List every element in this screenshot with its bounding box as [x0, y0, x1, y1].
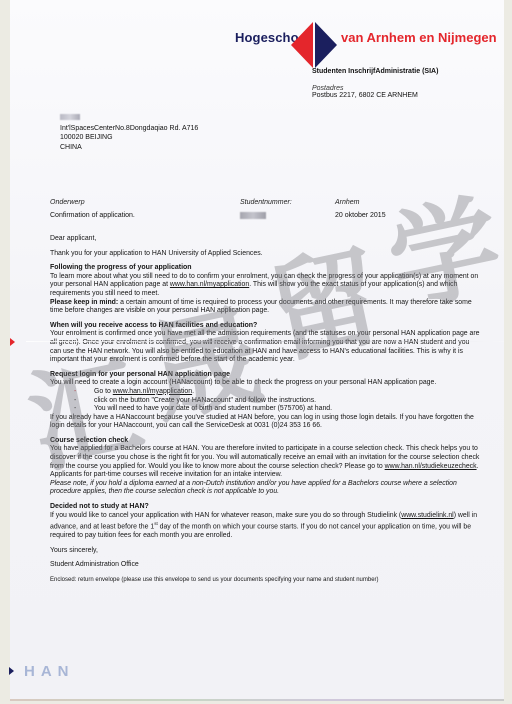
section-access: When will you receive access to HAN faci…: [50, 322, 480, 365]
subject-value: Confirmation of application.: [50, 212, 135, 219]
section-login: Request login for your personal HAN appl…: [50, 371, 480, 431]
step-text: Go to: [94, 388, 113, 395]
place-label: Arnhem: [335, 199, 386, 206]
subject-block: Onderwerp Confirmation of application.: [50, 199, 135, 219]
fold-mark-icon: [10, 338, 15, 346]
date-block: Arnhem 20 oktober 2015: [335, 199, 386, 219]
studiekeuzecheck-link[interactable]: www.han.nl/studiekeuzecheck: [385, 463, 477, 470]
note-text: Please note, if you hold a diploma earne…: [50, 480, 457, 496]
letter-body: Dear applicant, Thank you for your appli…: [50, 235, 480, 590]
redacted-student-number: [240, 212, 266, 219]
enclosed-note: Enclosed: return envelope (please use th…: [50, 576, 480, 585]
redacted-recipient-name: [60, 114, 80, 120]
closing: Yours sincerely,: [50, 547, 480, 556]
sender-block: Studenten InschrijfAdministratie (SIA) P…: [312, 68, 438, 99]
address-line: 100020 BEIJING: [60, 133, 198, 143]
letter-page: Hogeschool van Arnhem en Nijmegen Studen…: [10, 0, 504, 699]
student-number-block: Studentnummer:: [240, 199, 292, 221]
logo-text-arnhem-nijmegen: van Arnhem en Nijmegen: [341, 30, 497, 45]
step-text: click on the button "Create your HANacco…: [94, 397, 316, 404]
section-cancel: Decided not to study at HAN? If you woul…: [50, 503, 480, 541]
address-line: CHINA: [60, 143, 198, 153]
section-heading: Following the progress of your applicati…: [50, 264, 480, 273]
studielink-link[interactable]: www.studielink.nl: [401, 512, 453, 519]
signature: Student Administration Office: [50, 561, 480, 570]
paragraph-text: If you already have a HANaccount because…: [50, 414, 474, 430]
section-heading: Request login for your personal HAN appl…: [50, 371, 480, 380]
section-heading: Course selection check: [50, 437, 480, 446]
step-text: You will need to have your date of birth…: [94, 405, 332, 412]
list-item: Go to www.han.nl/myapplication.: [74, 388, 480, 397]
list-item: You will need to have your date of birth…: [74, 405, 480, 414]
postal-address: Postbus 2217, 6802 CE ARNHEM: [312, 92, 438, 99]
diamond-logo-icon: [291, 22, 337, 68]
myapplication-link[interactable]: www.han.nl/myapplication: [113, 388, 192, 395]
keep-in-mind-label: Please keep in mind:: [50, 299, 118, 306]
salutation: Dear applicant,: [50, 235, 480, 244]
address-line: Int'lSpacesCenterNo.8Dongdaqiao Rd. A716: [60, 124, 198, 134]
footer-triangle-icon: [9, 667, 14, 675]
student-number-label: Studentnummer:: [240, 199, 292, 206]
step-text: .: [192, 388, 194, 395]
list-item: click on the button "Create your HANacco…: [74, 397, 480, 406]
page-edge: [10, 699, 504, 701]
recipient-address: Int'lSpacesCenterNo.8Dongdaqiao Rd. A716…: [60, 114, 198, 152]
fold-crease: [26, 341, 504, 342]
letter-date: 20 oktober 2015: [335, 212, 386, 219]
intro: Thank you for your application to HAN Un…: [50, 250, 480, 259]
department-name: Studenten InschrijfAdministratie (SIA): [312, 68, 438, 75]
login-steps: Go to www.han.nl/myapplication. click on…: [50, 388, 480, 414]
paragraph-text: You will need to create a login account …: [50, 379, 436, 386]
footer-brand: HAN: [24, 663, 75, 680]
paragraph-text: Your enrolment is confirmed once you hav…: [50, 330, 480, 363]
section-heading: When will you receive access to HAN faci…: [50, 322, 480, 331]
paragraph-text: If you would like to cancel your applica…: [50, 512, 401, 519]
section-heading: Decided not to study at HAN?: [50, 503, 480, 512]
section-progress: Following the progress of your applicati…: [50, 264, 480, 316]
postal-label: Postadres: [312, 85, 438, 92]
myapplication-link[interactable]: www.han.nl/myapplication: [170, 281, 249, 288]
subject-label: Onderwerp: [50, 199, 135, 206]
section-course-check: Course selection check You have applied …: [50, 437, 480, 497]
